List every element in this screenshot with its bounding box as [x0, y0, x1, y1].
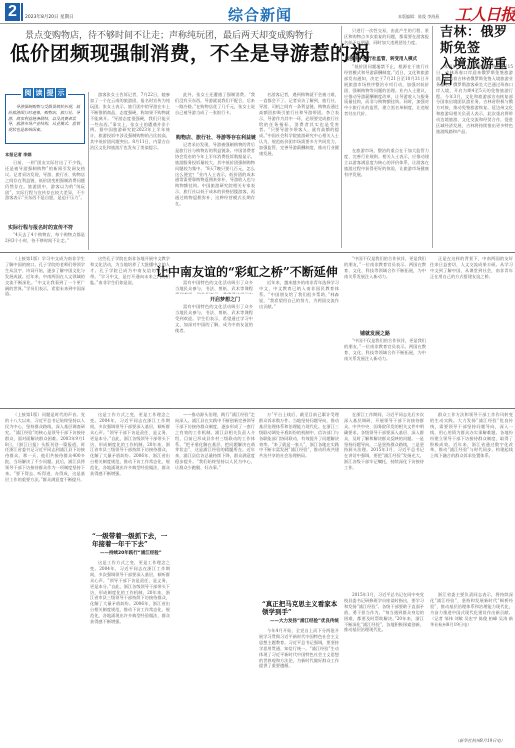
- article-paragraph: 只进行一次性交易，由此产生的行程、景区和购物点多次重复的问题，都需要在游客报名前…: [344, 28, 429, 46]
- long-story-subhead-1: “一级带着一级抓下去，一年接着一年干下去”: [92, 532, 172, 548]
- sidebar-headline-line-1: 吉林：俄罗斯免签: [440, 25, 515, 57]
- newspaper-masthead: 工人日报: [455, 2, 515, 25]
- long-story-column-i: 浙江省委主要负责同志表示，将持续深化“浦江经验”，坚持和发展新时代“枫桥经验”，…: [430, 592, 513, 732]
- article-paragraph: 游客张女士告诉记者，7月22日，她参加了一个在云南的旅游团，报名时宣传为纯玩团。…: [90, 92, 170, 151]
- long-story-column-b: 这是工作方式之变，更是工作理念之变。2004年，习近平同志在浙江工作期间，多次强…: [90, 412, 170, 530]
- article-paragraph: 在旅游市场，整治的重点在于加大监管力度、完善行业规则。相关人士表示，应推动建立以…: [344, 148, 429, 178]
- article-paragraph: 记者采访发现，导游被强制购物的背后是旅行社与购物店的利益链条。中国消费者协会发布…: [175, 142, 255, 207]
- column-divider: [341, 26, 342, 248]
- article-paragraph: 近年来，越来越多的南非青年选择学习中文，中文教育已纳入南非国民教育体系。“中国朋…: [259, 280, 339, 310]
- article-paragraph: 在浙江工作期间，习近平同志先后多次深入基层调研，开展领导干部下访接待群众。中共中…: [344, 412, 424, 471]
- issue-date: 2023年8月20日 星期日: [25, 14, 73, 20]
- article-paragraph: 富有中国特色的文化活动吸引了众多当地民众参与，书法、剪纸、武术等课程受到欢迎。学…: [175, 304, 253, 334]
- section-divider: [0, 252, 515, 253]
- long-story-credit: （新华社杭州8月19日电）: [455, 738, 515, 746]
- long-story-column-b2: 这是工作方式之变，更是工作理念之变。2004年，习近平同志在浙江工作期间，多次强…: [90, 560, 170, 746]
- page-header: 2 2023年8月20日 星期日 综合新闻 本版编辑：陈俊 李海燕 工人日报: [0, 0, 515, 24]
- article-paragraph: 今年4月开始，全党自上而下分两批开展学习贯彻习近平新时代中国特色社会主义思想主题…: [259, 628, 339, 669]
- feature-column-e: “中国不仅是我们的合作伙伴，更是我们的朋友，”一位南非教育官员表示。两国在教育、…: [344, 338, 426, 404]
- article-paragraph: ——推动源头治理，践行“浦江经验”走向深入。浦江县在实践中不断创新完善领导干部下…: [175, 412, 255, 471]
- article-paragraph: （上接第1版）问题是时代的声音。党的十八大以来，习近平总书记始终坚持以人民为中心…: [5, 412, 85, 483]
- lead-story-subhead-1: 实际行程与报名时的宣传不符: [8, 224, 73, 231]
- lead-story-column-1b: “4天去了4个购物店，每个购物点都是2到3个小时，待不够时间不让走。”: [5, 232, 85, 246]
- lead-story-column-3: 此外，张女士还遭遇了强制消费。“我们没有买东西，导游就说我们不配合，后来一路冷脸…: [175, 92, 255, 132]
- long-story-subhead-2: “真正把马克思主义看家本领学到手”: [262, 600, 342, 616]
- lead-story-column-5: 只进行一次性交易，由此产生的行程、景区和购物点多次重复的问题，都需要在游客报名前…: [344, 28, 429, 52]
- feature-column-c-top: 富有中国特色的文化活动吸引了众多当地民众参与，书法、剪纸、武术等课程受到欢迎。学…: [175, 280, 253, 294]
- lead-story-column-4: 名游客记者，遇到购物就不会被刁难，一直都会不了。记者采访了解到，旅行社、导游、司…: [259, 92, 339, 248]
- article-paragraph: 浙江省委主要负责同志表示，将持续深化“浦江经验”，坚持和发展新时代“枫桥经验”，…: [430, 592, 513, 627]
- feature-subhead-1: 开启梦想之门: [210, 296, 240, 303]
- lead-story-subhead-3: 加强中小旅行社监管，转变用人模式: [345, 56, 417, 62]
- box-title-char: 示: [56, 88, 66, 98]
- article-paragraph: 此外，张女士还遭遇了强制消费。“我们没有买东西，导游就说我们不配合，后来一路冷脸…: [175, 92, 255, 116]
- feature-title: 让中南友谊的“彩虹之桥”不断延伸: [156, 263, 338, 280]
- article-paragraph: “中国不仅是我们的合作伙伴，更是我们的朋友，”一位南非教育官员表示。两国在教育、…: [344, 338, 426, 362]
- lead-story-column-3b: 记者采访发现，导游被强制购物的背后是旅行社与购物店的利益链条。中国消费者协会发布…: [175, 142, 255, 248]
- article-paragraph: 日前，一则“团友实际付出了不少钱，还是被导游强制购物”的新闻引发网友热议。记者采…: [5, 160, 85, 201]
- reading-tips-text: 导游强制购物与受限景销转折现，低价旅游团行时迹象，购物店、旅行社、导游、商家利益…: [8, 104, 82, 133]
- lead-story-column-2: 游客张女士告诉记者，7月22日，她参加了一个在云南的旅游团，报名时宣传为纯玩团。…: [90, 92, 170, 248]
- page-number: 2: [5, 3, 20, 21]
- article-paragraph: 2015年1月，习近平总书记在同中央党校县委书记研修班学员座谈时指出，要学习和发…: [344, 592, 424, 633]
- box-title-char: 读: [34, 88, 44, 98]
- feature-column-a: （上接第1版）学习中文成为南非学生了解中国的窗口。孔子学院的老师们带领学生从汉字…: [5, 256, 85, 404]
- box-title-char: 阅: [23, 88, 33, 98]
- lead-story-byline: 本报记者 李娟: [5, 152, 32, 158]
- long-story-subhead-2-sub: ——大力发扬“浦江经验”优良传统: [270, 618, 339, 624]
- feature-column-d: 近年来，越来越多的南非青年选择学习中文，中文教育已纳入南非国民教育体系。“中国朋…: [259, 280, 339, 404]
- lead-story-headline: 低价团频现强制消费，不全是导游惹的祸: [10, 38, 370, 66]
- editors-credit: 本版编辑：陈俊 李海燕: [398, 14, 439, 20]
- column-divider: [432, 26, 433, 248]
- long-story-column-h: 2015年1月，习近平总书记在同中央党校县委书记研修班学员座谈时指出，要学习和发…: [344, 592, 424, 746]
- long-story-column-g: 今年4月开始，全党自上而下分两批开展学习贯彻习近平新时代中国特色社会主义思想主题…: [259, 628, 339, 746]
- lead-story-subhead-2: 购物店、旅行社、导游等存在利益链: [176, 134, 256, 141]
- lead-story-column-5c: 在旅游市场，整治的重点在于加大监管力度、完善行业规则。相关人士表示，应推动建立以…: [344, 148, 429, 248]
- long-story-column-c: ——推动源头治理，践行“浦江经验”走向深入。浦江县在实践中不断创新完善领导干部下…: [175, 412, 255, 746]
- box-title-char: 提: [45, 88, 55, 98]
- article-paragraph: 这是工作方式之变，更是工作理念之变。2004年，习近平同志在浙江工作期间，多次强…: [90, 560, 170, 625]
- article-paragraph: 万”平台上线后，截至目前已累计受理群众诉求数万件。当地坚持问题导向，推动基层治理…: [259, 412, 339, 459]
- lead-story-column-1: 日前，一则“团友实际付出了不少钱，还是被导游强制购物”的新闻引发网友热议。记者采…: [5, 160, 85, 222]
- article-paragraph: 群众工作方法和领导干部工作作风转变的生动实践。大力发扬“浦江经验”优良传统，需要…: [430, 412, 513, 459]
- section-title: 综合新闻: [228, 4, 292, 25]
- long-story-column-a: （上接第1版）问题是时代的声音。党的十八大以来，习近平总书记始终坚持以人民为中心…: [5, 412, 85, 746]
- article-paragraph: “中国不仅是我们的合作伙伴，更是我们的朋友，”一位南非教育官员表示。两国在教育、…: [344, 256, 426, 280]
- long-story-column-e: 在浙江工作期间，习近平同志先后多次深入基层调研，开展领导干部下访接待群众。中共中…: [344, 412, 424, 592]
- feature-column-e-top: “中国不仅是我们的合作伙伴，更是我们的朋友，”一位南非教育官员表示。两国在教育、…: [344, 256, 426, 296]
- feature-column-f: 正是在这样的背景下，中南两国的友好往来日益密切，人文交流成果丰硕。从学习中文到了…: [430, 256, 513, 404]
- article-paragraph: 正是在这样的背景下，中南两国的友好往来日益密切，人文交流成果丰硕。从学习中文到了…: [430, 256, 513, 280]
- section-divider: [0, 408, 515, 409]
- lead-story-column-5b: “低价团问题屡禁不止，根源在于旅行社经营模式和导游薪酬制度。”近日，文化和旅游部…: [344, 64, 429, 148]
- feature-column-c: 富有中国特色的文化活动吸引了众多当地民众参与，书法、剪纸、武术等课程受到欢迎。学…: [175, 304, 253, 404]
- page-number-bar: [21, 3, 23, 21]
- long-story-column-f: 群众工作方法和领导干部工作作风转变的生动实践。大力发扬“浦江经验”优良传统，需要…: [430, 412, 513, 592]
- feature-subhead-2: 铺就发展之路: [360, 330, 390, 337]
- column-divider: [88, 92, 89, 250]
- reading-tips-title: 阅 读 提 示: [21, 88, 68, 98]
- article-paragraph: “4天去了4个购物店，每个购物点都是2到3个小时，待不够时间不让走。”: [5, 232, 85, 244]
- article-paragraph: 本报讯（记者 柳姗姗 杨 冰）8月15日，吉林珲春口岸迎来俄罗斯免签旅游团，标志…: [436, 64, 513, 135]
- article-paragraph: 名游客记者，遇到购物就不会被刁难，一直都会不了。记者采访了解到，旅行社、导游、司…: [259, 92, 339, 157]
- article-paragraph: 富有中国特色的文化活动吸引了众多当地民众参与，书法、剪纸、武术等课程受到欢迎。学…: [175, 280, 253, 294]
- sidebar-story-text: 本报讯（记者 柳姗姗 杨 冰）8月15日，吉林珲春口岸迎来俄罗斯免签旅游团，标志…: [436, 64, 513, 248]
- article-paragraph: （上接第1版）学习中文成为南非学生了解中国的窗口。孔子学院的老师们带领学生从汉字…: [5, 256, 85, 297]
- article-paragraph: “低价团问题屡禁不止，根源在于旅行社经营模式和导游薪酬制度。”近日，文化和旅游部…: [344, 64, 429, 117]
- long-story-column-d: 万”平台上线后，截至目前已累计受理群众诉求数万件。当地坚持问题导向，推动基层治理…: [259, 412, 339, 594]
- article-paragraph: 这是工作方式之变，更是工作理念之变。2004年，习近平同志在浙江工作期间，多次强…: [90, 412, 170, 477]
- long-story-subhead-1-sub: ——持续20年践行“浦江经验”: [100, 550, 162, 556]
